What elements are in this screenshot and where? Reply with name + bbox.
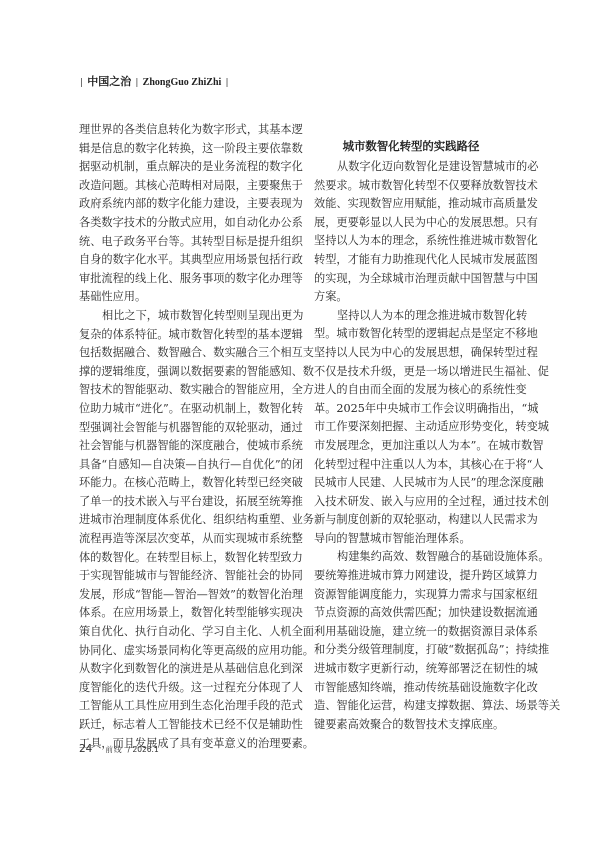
paragraph: 从数字化迈向数智化是建设智慧城市的必然要求。城市数智化转型不仅要释放数智技术效能…: [314, 158, 508, 307]
text-line: 新与制度创新的双轮驱动，构建以人民需求为: [314, 511, 508, 530]
text-line: 坚持以人为本的理念，系统性推进城市数智化: [314, 232, 508, 251]
text-line: 各类数字技术的分散式应用，如自动化办公系: [79, 214, 285, 233]
paragraph: 构建集约高效、数智融合的基础设施体系。要统筹推进城市算力网建设，提升跨区域算力资…: [314, 548, 508, 734]
text-line: 化转型过程中注重以人为本，其核心在于将“人: [314, 456, 508, 475]
text-line: 型强调社会智能与机器智能的双轮驱动，通过: [79, 419, 285, 438]
text-line: 转型，才能有力助推现代化人民城市发展蓝图: [314, 251, 508, 270]
paragraph: 相比之下，城市数智化转型则呈现出更为复杂的体系特征。城市数智化转型的基本逻辑包括…: [79, 307, 285, 753]
header-divider: |: [226, 78, 229, 88]
section-title: 城市数智化转型的实践路径: [314, 138, 508, 154]
running-header: | 中国之治 | ZhongGuo ZhiZhi |: [79, 73, 230, 89]
text-line: 市工作要深刻把握、主动适应形势变化，转变城: [314, 418, 508, 437]
text-line: 进城市数字更新行动，统筹部署泛在韧性的城: [314, 660, 508, 679]
text-line: 改造问题。其核心范畴相对局限，主要聚焦于: [79, 177, 285, 196]
text-line: 辑是信息的数字化转换，这一阶段主要依靠数: [79, 140, 285, 159]
text-line: 市发展理念，更加注重以人为本”。在城市数智: [314, 437, 508, 456]
text-line: 协同化、虚实场景同构化等更高级的应用功能。: [79, 642, 285, 661]
text-line: 进人的自由而全面的发展为核心的系统性变: [314, 381, 508, 400]
text-line: 智技术的智能驱动、数实融合的智能应用，全方: [79, 381, 285, 400]
text-line: 包括数据融合、数智融合、数实融合三个相互支: [79, 344, 285, 363]
text-line: 审批流程的线上化、服务事项的数字化办理等: [79, 270, 285, 289]
text-line: 流程再造等深层次变革，从而实现城市系统整: [79, 530, 285, 549]
text-line: 导向的智慧城市智能治理体系。: [314, 530, 508, 549]
text-line: 发展，形成“智能—智治—智效”的数智化治理: [79, 586, 285, 605]
text-line: 键要素高效聚合的数智技术支撑底座。: [314, 716, 508, 735]
text-line: 然要求。城市数智化转型不仅要释放数智技术: [314, 177, 508, 196]
journal-name: 前线: [105, 745, 122, 754]
text-line: 了单一的技术嵌入与平台建设，拓展至统筹推: [79, 493, 285, 512]
text-line: 于实现智能城市与智能经济、智能社会的协同: [79, 567, 285, 586]
text-line: 体系。在应用场景上，数智化转型能够实现决: [79, 604, 285, 623]
header-divider: |: [80, 78, 83, 88]
text-line: 据驱动机制，重点解决的是业务流程的数字化: [79, 158, 285, 177]
text-line: 坚持以人民为中心的发展思想，确保转型过程: [314, 344, 508, 363]
paragraph: 坚持以人为本的理念推进城市数智化转型。城市数智化转型的逻辑起点是坚定不移地坚持以…: [314, 307, 508, 549]
paragraph: 理世界的各类信息转化为数字形式，其基本逻辑是信息的数字化转换，这一阶段主要依靠数…: [79, 121, 285, 307]
text-line: 市智能感知终端，推动传统基础设施数字化改: [314, 679, 508, 698]
text-line: 相比之下，城市数智化转型则呈现出更为: [79, 307, 285, 326]
text-line: 从数字化到数智化的演进是从基础信息化到深: [79, 660, 285, 679]
text-line: 统、电子政务平台等。其转型目标是提升组织: [79, 233, 285, 252]
page-footer: 24 前线 / 2026.1: [79, 737, 159, 756]
page-number: 24: [79, 743, 92, 755]
text-line: 自身的数字化水平。其典型应用场景包括行政: [79, 251, 285, 270]
column-name-en: ZhongGuo ZhiZhi: [143, 77, 222, 88]
text-line: 展，更要彰显以人民为中心的发展思想。只有: [314, 214, 508, 233]
text-line: 方案。: [314, 288, 508, 307]
text-line: 要统筹推进城市算力网建设，提升跨区域算力: [314, 567, 508, 586]
text-line: 理世界的各类信息转化为数字形式，其基本逻: [79, 121, 285, 140]
text-line: 不仅是技术升级，更是一场以增进民生福祉、促: [314, 363, 508, 382]
text-line: 民城市人民建、人民城市为人民”的理念深度融: [314, 474, 508, 493]
text-line: 工智能从工具性应用到生态化治理手段的范式: [79, 697, 285, 716]
text-line: 基础性应用。: [79, 288, 285, 307]
text-line: 具备“自感知—自决策—自执行—自优化”的闭: [79, 456, 285, 475]
text-line: 型。城市数智化转型的逻辑起点是坚定不移地: [314, 325, 508, 344]
text-line: 革。2025年中央城市工作会议明确指出，“城: [314, 400, 508, 419]
text-line: 和分类分级管理制度，打破“数据孤岛”；持续推: [314, 641, 508, 660]
left-column: 理世界的各类信息转化为数字形式，其基本逻辑是信息的数字化转换，这一阶段主要依靠数…: [79, 121, 285, 753]
text-line: 效能、实现数智应用赋能，推动城市高质量发: [314, 195, 508, 214]
text-line: 位助力城市“进化”。在驱动机制上，数智化转: [79, 400, 285, 419]
text-line: 坚持以人为本的理念推进城市数智化转: [314, 307, 508, 326]
text-line: 入技术研发、嵌入与应用的全过程，通过技术创: [314, 493, 508, 512]
text-line: 构建集约高效、数智融合的基础设施体系。: [314, 548, 508, 567]
text-line: 复杂的体系特征。城市数智化转型的基本逻辑: [79, 326, 285, 345]
text-line: 进城市治理制度体系优化、组织结构重塑、业务: [79, 511, 285, 530]
text-line: 环能力。在核心范畴上，数智化转型已经突破: [79, 474, 285, 493]
column-name-cn: 中国之治: [87, 75, 131, 88]
text-line: 造、智能化运营，构建支撑数据、算法、场景等关: [314, 697, 508, 716]
header-divider: |: [135, 78, 138, 88]
text-line: 度智能化的迭代升级。这一过程充分体现了人: [79, 679, 285, 698]
text-line: 社会智能与机器智能的深度融合，使城市系统: [79, 437, 285, 456]
text-line: 策自优化、执行自动化、学习自主化、人机全面: [79, 623, 285, 642]
text-line: 利用基础设施，建立统一的数据资源目录体系: [314, 623, 508, 642]
text-line: 体的数智化。在转型目标上，数智化转型致力: [79, 549, 285, 568]
text-line: 节点资源的高效供需匹配；加快建设数据流通: [314, 604, 508, 623]
text-line: 撑的逻辑维度，强调以数据要素的智能感知、数: [79, 363, 285, 382]
text-line: 从数字化迈向数智化是建设智慧城市的必: [314, 158, 508, 177]
right-column: 从数字化迈向数智化是建设智慧城市的必然要求。城市数智化转型不仅要释放数智技术效能…: [314, 158, 508, 734]
text-line: 政府系统内部的数字化能力建设，主要表现为: [79, 195, 285, 214]
issue-number: / 2026.1: [128, 745, 159, 754]
text-line: 跃迁，标志着人工智能技术已经不仅是辅助性: [79, 716, 285, 735]
text-line: 的实现，为全球城市治理贡献中国智慧与中国: [314, 270, 508, 289]
text-line: 资源智能调度能力，实现算力需求与国家枢纽: [314, 586, 508, 605]
